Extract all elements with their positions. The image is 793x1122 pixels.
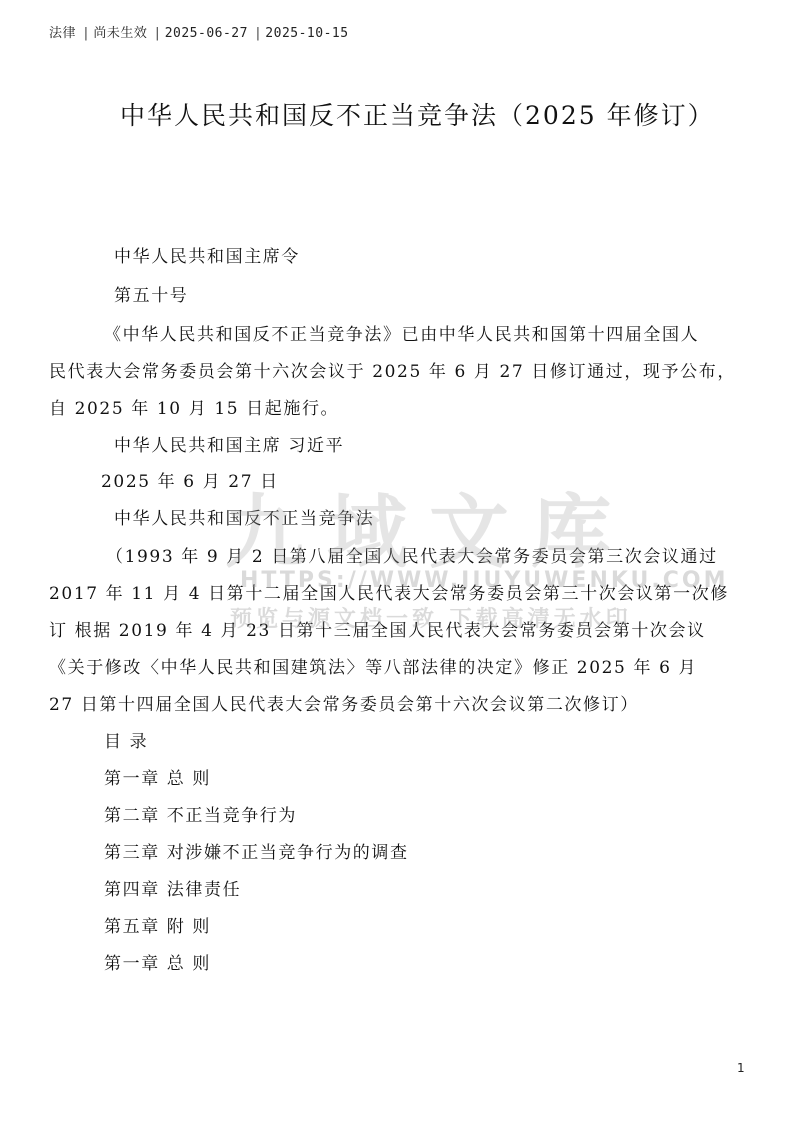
toc-item: 第二章 不正当竞争行为	[104, 801, 297, 826]
law-name: 中华人民共和国反不正当竞争法	[114, 504, 374, 529]
history-line: 《关于修改〈中华人民共和国建筑法〉等八部法律的决定》修正 2025 年 6 月	[49, 653, 697, 678]
toc-item: 第四章 法律责任	[104, 875, 241, 900]
separator: |	[254, 26, 262, 41]
history-line: 2017 年 11 月 4 日第十二届全国人民代表大会常务委员会第三十次会议第一…	[49, 579, 729, 604]
document-title: 中华人民共和国反不正当竞争法（2025 年修订）	[120, 96, 715, 132]
document-meta-header: 法律|尚未生效|2025-06-27|2025-10-15	[49, 22, 349, 41]
history-line: 订 根据 2019 年 4 月 23 日第十三届全国人民代表大会常务委员会第十次…	[49, 616, 706, 641]
order-number: 第五十号	[114, 281, 188, 306]
effective-date: 2025-10-15	[265, 26, 348, 41]
toc-item: 第一章 总 则	[104, 764, 211, 789]
separator: |	[153, 26, 161, 41]
separator: |	[82, 26, 90, 41]
category-label: 法律	[49, 26, 76, 41]
toc-item: 第三章 对涉嫌不正当竞争行为的调查	[104, 838, 409, 863]
toc-item: 第五章 附 则	[104, 912, 211, 937]
chapter-heading: 第一章 总 则	[104, 949, 211, 974]
history-line: 27 日第十四届全国人民代表大会常务委员会第十六次会议第二次修订）	[49, 690, 639, 715]
publish-date: 2025-06-27	[165, 26, 248, 41]
status-label: 尚未生效	[93, 26, 147, 41]
page-number: 1	[737, 1061, 745, 1075]
announcement-line: 自 2025 年 10 月 15 日起施行。	[49, 394, 339, 419]
history-line: （1993 年 9 月 2 日第八届全国人民代表大会常务委员会第三次会议通过	[106, 542, 718, 567]
toc-title: 目 录	[104, 727, 148, 752]
sign-date: 2025 年 6 月 27 日	[101, 467, 279, 492]
announcement-line: 《中华人民共和国反不正当竞争法》已由中华人民共和国第十四届全国人	[104, 320, 699, 345]
order-title: 中华人民共和国主席令	[114, 242, 300, 267]
announcement-line: 民代表大会常务委员会第十六次会议于 2025 年 6 月 27 日修订通过，现予…	[49, 357, 736, 382]
signatory: 中华人民共和国主席 习近平	[114, 431, 344, 456]
